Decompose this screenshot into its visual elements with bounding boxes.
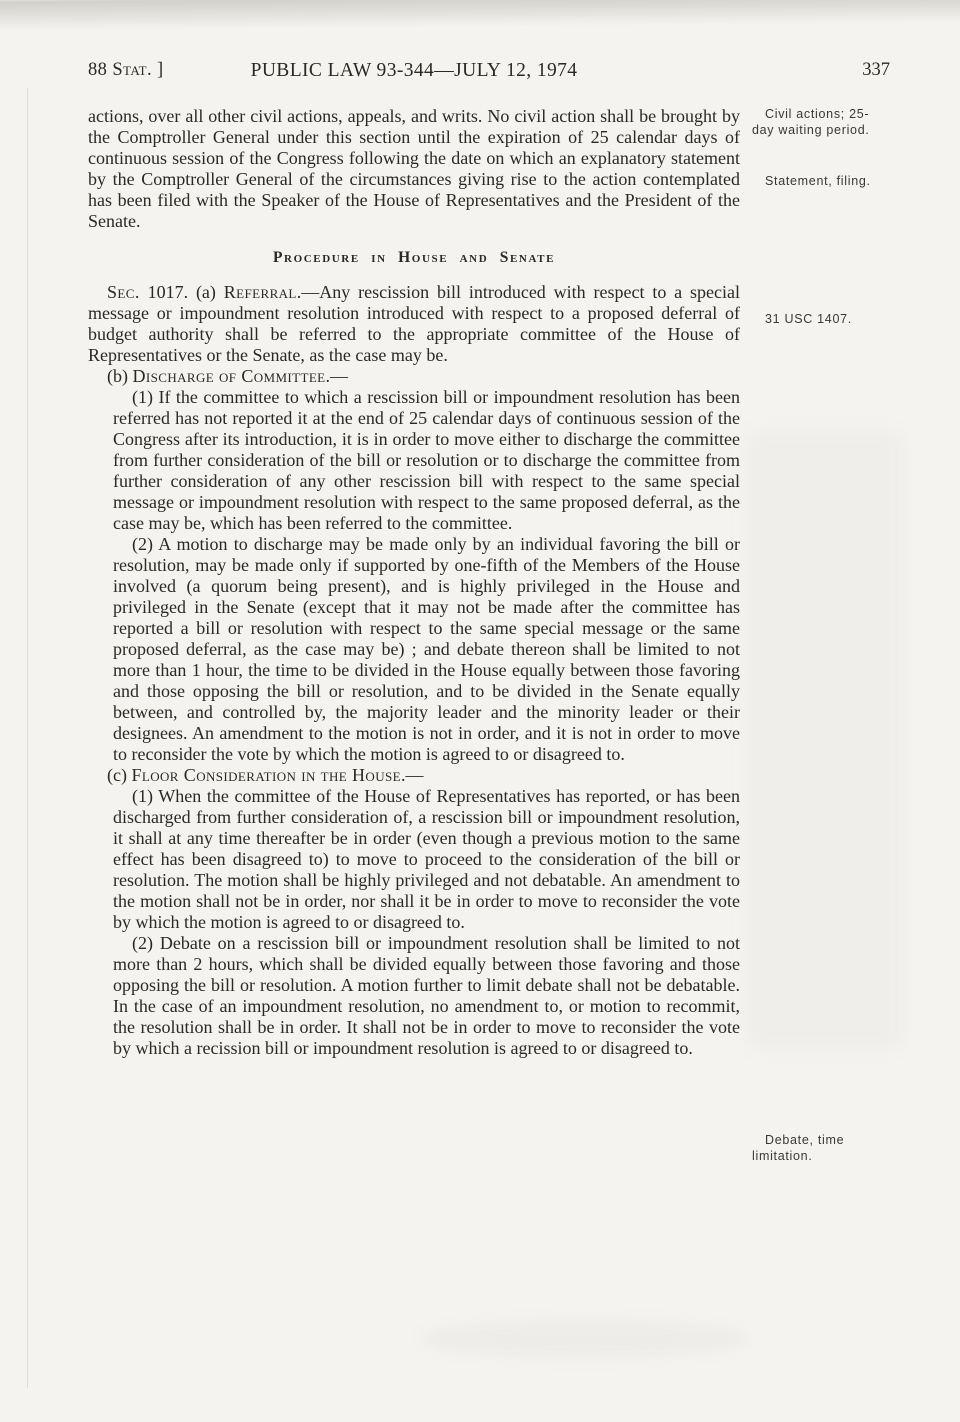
small-caps-run: Floor Consideration in the House	[131, 765, 400, 785]
text-run: 1017. (a)	[140, 282, 224, 302]
scan-artifact-bleedthrough	[745, 430, 905, 1050]
text-run: (c)	[107, 765, 131, 785]
scan-artifact-left-line	[27, 88, 28, 1388]
small-caps-run: Referral	[224, 282, 297, 302]
text-run: .—	[326, 366, 349, 386]
text-run: .—	[401, 765, 424, 785]
paragraph-c-floor-consideration-heading: (c) Floor Consideration in the House.—	[88, 765, 740, 786]
page-number: 337	[790, 60, 890, 81]
scan-artifact-bottom-smudge	[420, 1320, 750, 1358]
text-run: (1) If the committee to which a rescissi…	[113, 387, 740, 533]
section-heading: Procedure in House and Senate	[88, 247, 740, 268]
text-run: (b)	[107, 366, 133, 386]
statute-body: actions, over all other civil actions, a…	[88, 106, 740, 1059]
scan-artifact-top-band	[0, 0, 960, 30]
running-header: 88 Stat. ] PUBLIC LAW 93-344—JULY 12, 19…	[0, 60, 960, 86]
paragraph-b-discharge-heading: (b) Discharge of Committee.—	[88, 366, 740, 387]
margin-note-usc-citation: 31 USC 1407.	[752, 312, 880, 328]
section-heading-text: Procedure in House and Senate	[273, 249, 555, 266]
text-run: (2) A motion to discharge may be made on…	[113, 534, 740, 764]
scanned-statute-page: 88 Stat. ] PUBLIC LAW 93-344—JULY 12, 19…	[0, 0, 960, 1422]
paragraph-c-2: (2) Debate on a rescission bill or impou…	[113, 933, 740, 1059]
law-title: PUBLIC LAW 93-344—JULY 12, 1974	[88, 60, 740, 82]
paragraph-c-1: (1) When the committee of the House of R…	[113, 786, 740, 933]
margin-note-debate-time-limitation: Debate, time limitation.	[752, 1133, 880, 1164]
text-run: actions, over all other civil actions, a…	[88, 106, 740, 231]
margin-note-statement-filing: Statement, filing.	[752, 174, 880, 190]
margin-note-civil-actions: Civil actions; 25-day waiting period.	[752, 107, 880, 138]
small-caps-run: Sec.	[107, 282, 140, 302]
paragraph-b-2: (2) A motion to discharge may be made on…	[113, 534, 740, 765]
paragraph-civil-actions-continuation: actions, over all other civil actions, a…	[88, 106, 740, 232]
small-caps-run: Discharge of Committee	[133, 366, 326, 386]
paragraph-sec-1017-a-referral: Sec. 1017. (a) Referral.—Any rescission …	[88, 282, 740, 366]
paragraph-b-1: (1) If the committee to which a rescissi…	[113, 387, 740, 534]
text-run: (2) Debate on a rescission bill or impou…	[113, 933, 740, 1058]
text-run: (1) When the committee of the House of R…	[113, 786, 740, 932]
